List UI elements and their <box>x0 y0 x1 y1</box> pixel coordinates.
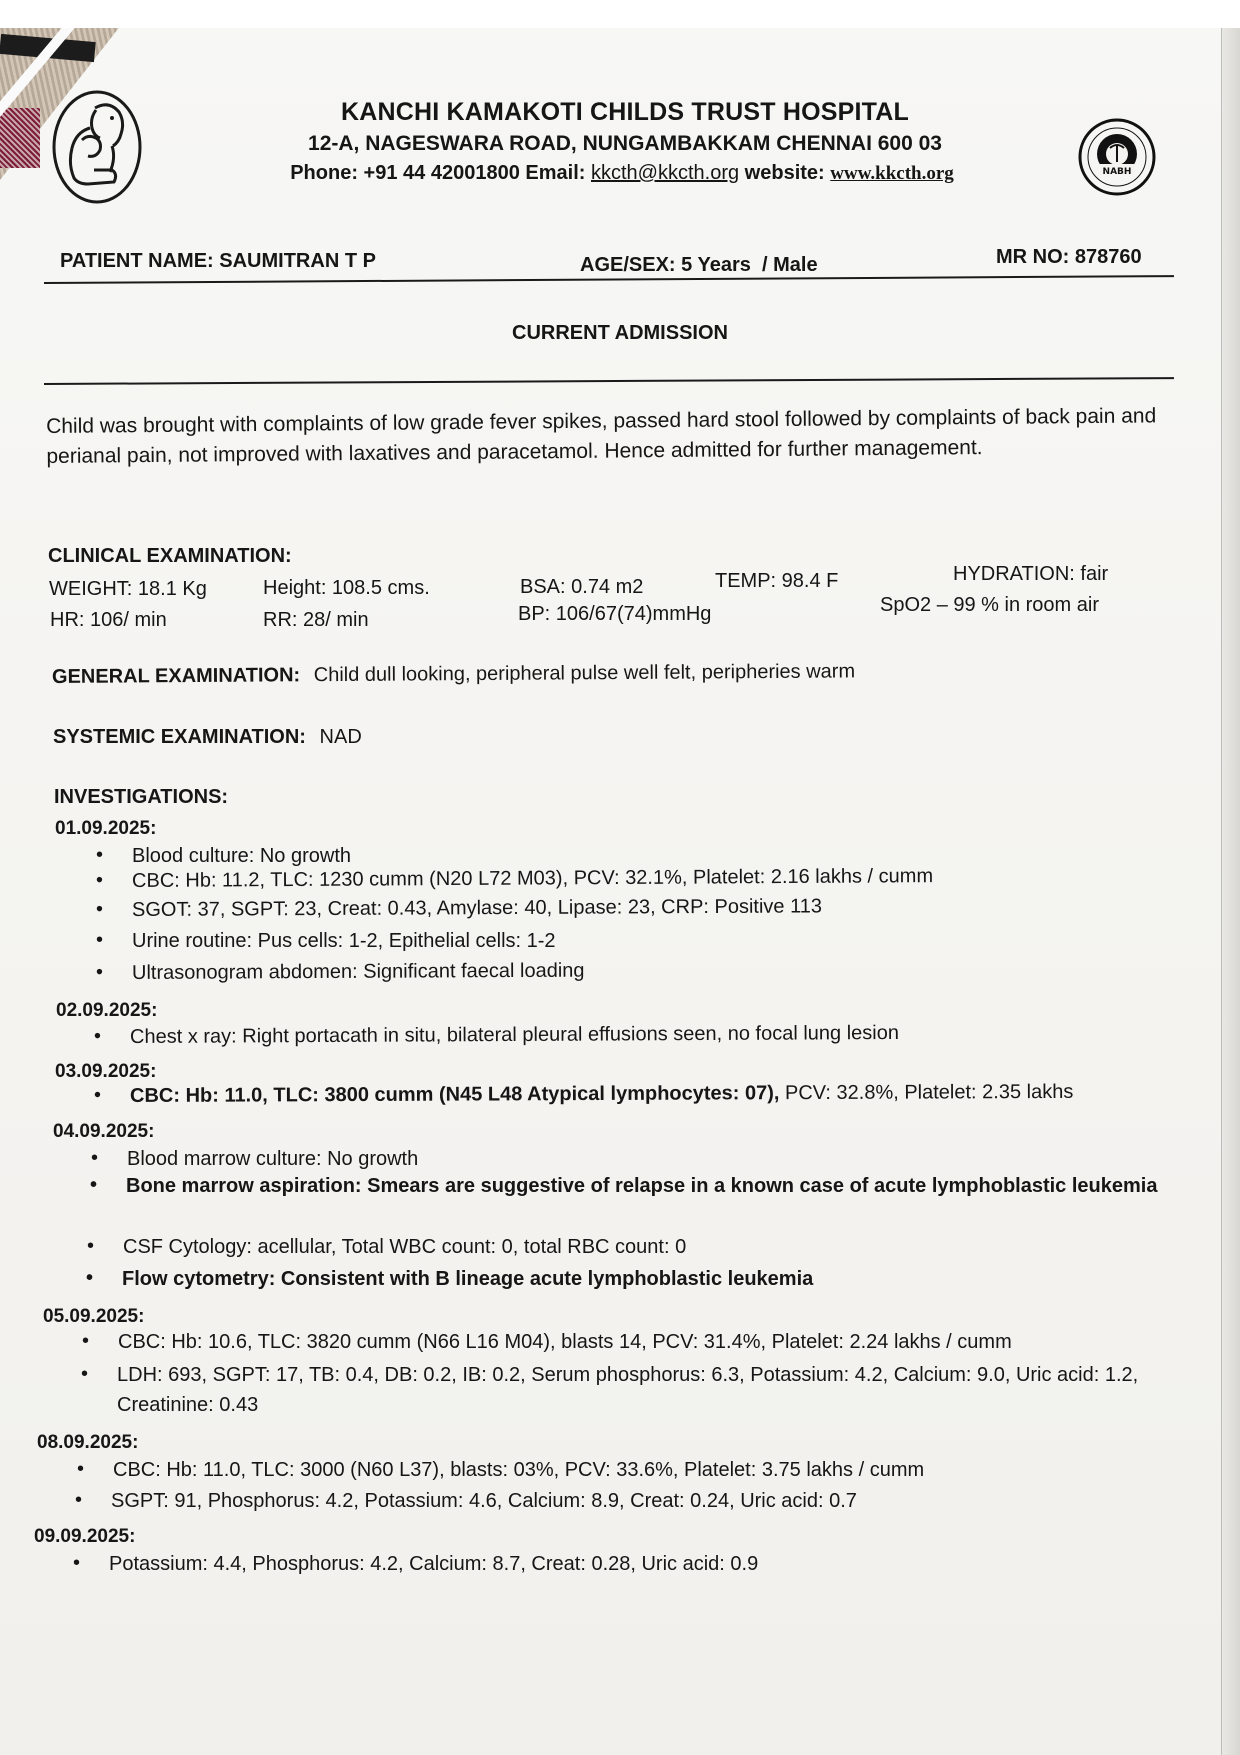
general-examination-value: Child dull looking, peripheral pulse wel… <box>314 660 856 686</box>
mr-label: MR NO: <box>996 246 1069 268</box>
scan-right-edge <box>1221 28 1240 1755</box>
heart-rate: HR: 106/ min <box>50 609 167 632</box>
temperature: TEMP: 98.4 F <box>715 570 838 593</box>
list-item: •CBC: Hb: 11.2, TLC: 1230 cumm (N20 L72 … <box>132 865 933 893</box>
list-item: •Bone marrow aspiration: Smears are sugg… <box>126 1171 1176 1201</box>
investigation-date: 02.09.2025: <box>56 1000 157 1022</box>
section-divider <box>44 377 1174 385</box>
sex-value: / Male <box>762 254 818 276</box>
svg-text:NABH: NABH <box>1103 167 1132 177</box>
systemic-examination-label: SYSTEMIC EXAMINATION: <box>53 726 306 748</box>
mr-number: MR NO: 878760 <box>996 246 1142 269</box>
website-label: website: <box>745 162 825 184</box>
investigation-date: 08.09.2025: <box>37 1432 138 1454</box>
patient-name-label: PATIENT NAME: <box>60 250 214 272</box>
patient-age-sex: AGE/SEX: 5 Years / Male <box>580 254 818 277</box>
weight: WEIGHT: 18.1 Kg <box>49 578 207 601</box>
email-label: Email: <box>525 162 585 184</box>
list-item: •CSF Cytology: acellular, Total WBC coun… <box>123 1236 686 1259</box>
list-item: •SGOT: 37, SGPT: 23, Creat: 0.43, Amylas… <box>132 895 822 922</box>
list-item: •Blood culture: No growth <box>132 845 351 868</box>
mr-value: 878760 <box>1075 246 1142 268</box>
list-item: •Blood marrow culture: No growth <box>127 1148 418 1171</box>
presenting-complaint: Child was brought with complaints of low… <box>46 401 1177 472</box>
list-item: •LDH: 693, SGPT: 17, TB: 0.4, DB: 0.2, I… <box>117 1360 1187 1420</box>
systemic-examination: SYSTEMIC EXAMINATION: NAD <box>53 726 362 749</box>
list-item: •Potassium: 4.4, Phosphorus: 4.2, Calciu… <box>109 1553 758 1576</box>
investigation-date: 03.09.2025: <box>55 1061 156 1083</box>
blood-pressure: BP: 106/67(74)mmHg <box>518 603 711 626</box>
list-item: •CBC: Hb: 11.0, TLC: 3800 cumm (N45 L48 … <box>130 1081 1073 1108</box>
age-sex-label: AGE/SEX: <box>580 254 676 276</box>
general-examination: GENERAL EXAMINATION: Child dull looking,… <box>52 660 855 689</box>
spo2: SpO2 – 99 % in room air <box>880 594 1099 617</box>
hospital-address: 12-A, NAGESWARA ROAD, NUNGAMBAKKAM CHENN… <box>308 132 942 156</box>
list-item: •Flow cytometry: Consistent with B linea… <box>122 1268 813 1291</box>
hydration: HYDRATION: fair <box>953 563 1108 586</box>
respiratory-rate: RR: 28/ min <box>263 609 369 632</box>
website-link[interactable]: www.kkcth.org <box>830 163 954 184</box>
section-title: CURRENT ADMISSION <box>0 322 1240 345</box>
patient-name-value: SAUMITRAN T P <box>219 250 376 272</box>
list-item: •Ultrasonogram abdomen: Significant faec… <box>132 960 585 985</box>
investigation-date: 04.09.2025: <box>53 1121 154 1143</box>
patient-name: PATIENT NAME: SAUMITRAN T P <box>60 250 376 273</box>
investigation-date: 09.09.2025: <box>34 1526 135 1548</box>
age-value: 5 Years <box>681 254 751 276</box>
investigation-date: 01.09.2025: <box>55 818 156 840</box>
phone-label: Phone: <box>290 162 358 184</box>
height: Height: 108.5 cms. <box>263 577 430 600</box>
list-item: •Chest x ray: Right portacath in situ, b… <box>130 1022 899 1049</box>
investigation-date: 05.09.2025: <box>43 1306 144 1328</box>
list-item: •CBC: Hb: 10.6, TLC: 3820 cumm (N66 L16 … <box>118 1331 1012 1354</box>
scanned-page: NABH KANCHI KAMAKOTI CHILDS TRUST HOSPIT… <box>0 0 1240 1755</box>
bsa: BSA: 0.74 m2 <box>520 576 643 599</box>
hospital-name: KANCHI KAMAKOTI CHILDS TRUST HOSPITAL <box>341 98 909 127</box>
mother-child-logo-icon <box>50 88 145 206</box>
list-item: •Urine routine: Pus cells: 1-2, Epitheli… <box>132 930 556 953</box>
clinical-examination-title: CLINICAL EXAMINATION: <box>48 545 292 568</box>
list-item: •CBC: Hb: 11.0, TLC: 3000 (N60 L37), bla… <box>113 1459 924 1482</box>
hospital-contact: Phone: +91 44 42001800 Email: kkcth@kkct… <box>290 162 954 185</box>
phone-number: +91 44 42001800 <box>364 162 520 184</box>
email-link[interactable]: kkcth@kkcth.org <box>591 162 739 184</box>
investigations-title: INVESTIGATIONS: <box>54 786 228 809</box>
systemic-examination-value: NAD <box>320 726 362 748</box>
list-item: •SGPT: 91, Phosphorus: 4.2, Potassium: 4… <box>111 1490 857 1513</box>
scan-top-margin <box>0 0 1240 28</box>
general-examination-label: GENERAL EXAMINATION: <box>52 664 300 688</box>
nabh-accreditation-seal-icon: NABH <box>1078 118 1156 196</box>
